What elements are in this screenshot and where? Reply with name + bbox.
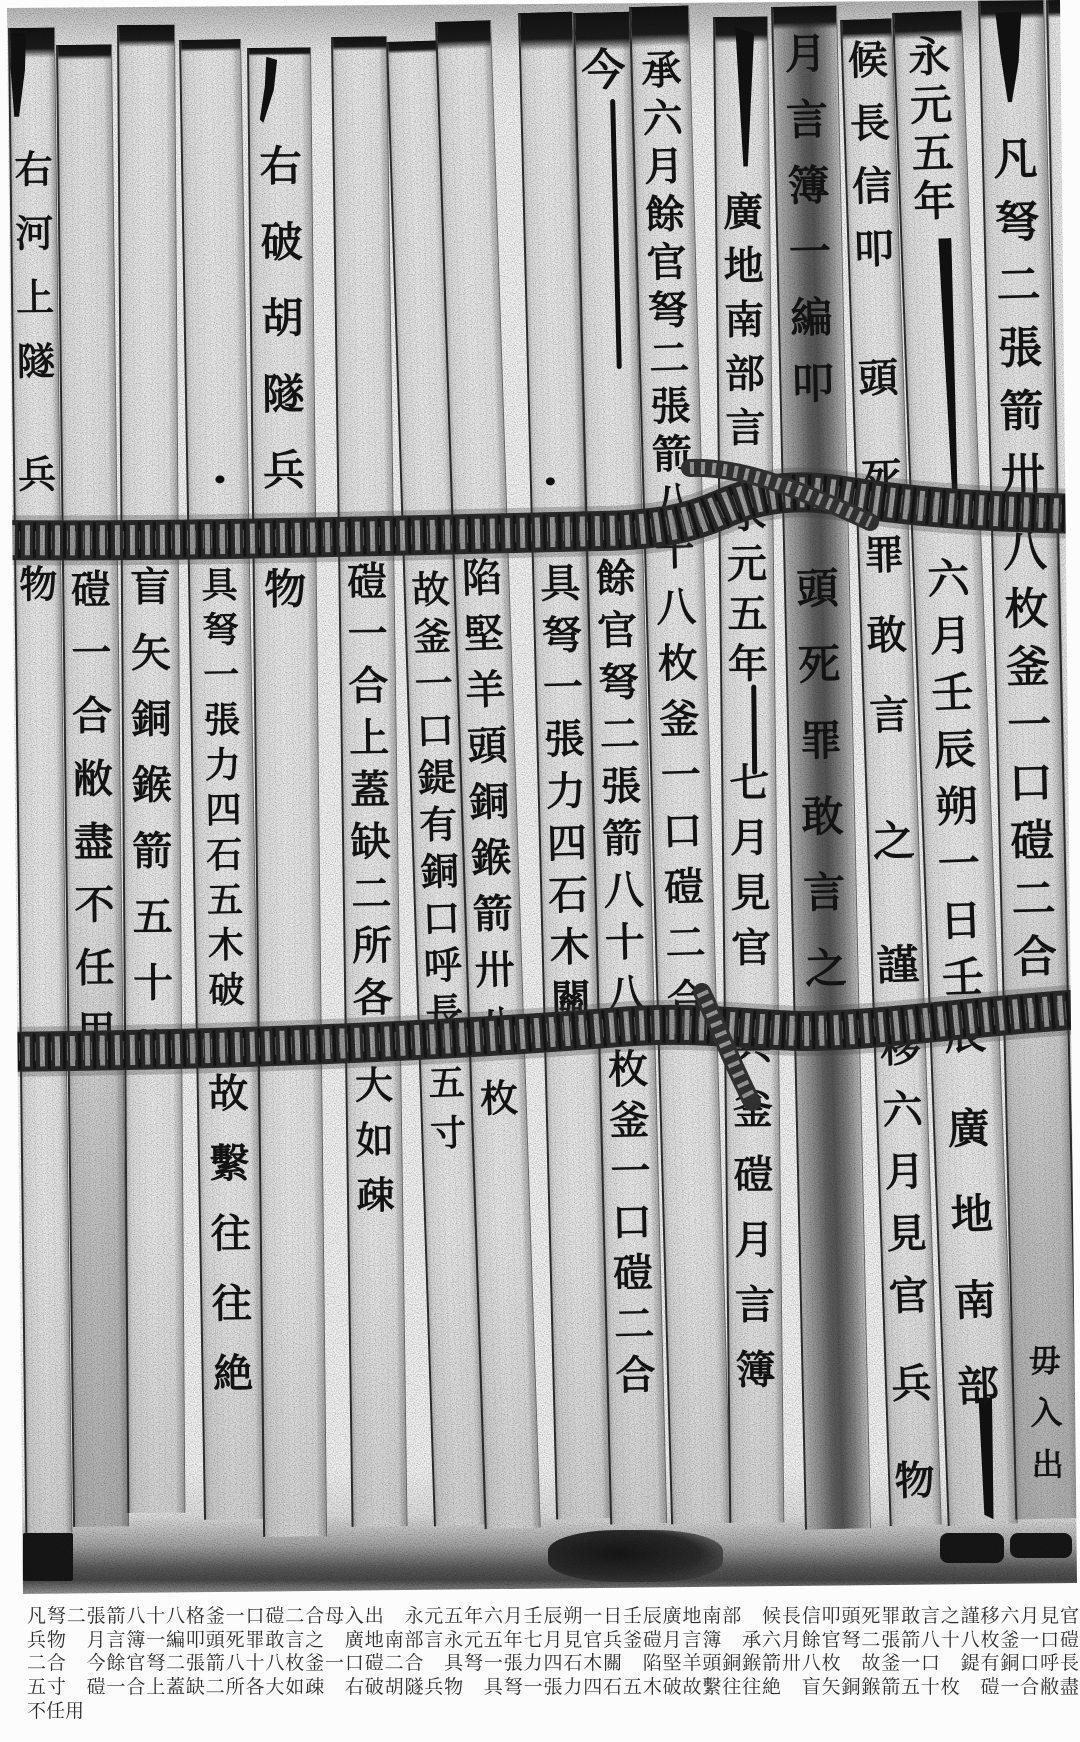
slip-inscription: 移六月見官 <box>877 1017 931 1328</box>
slip-inscription: 之謹 <box>869 779 923 1028</box>
ink-stroke-mark <box>733 27 757 167</box>
slip-top-shadow <box>1048 0 1062 18</box>
slip-inscription: 七月見官 <box>727 755 773 975</box>
slip-top-shadow <box>58 44 111 60</box>
slip-inscription: 磑一合敝盡不任用 <box>68 558 118 1062</box>
slip-inscription: 候長信叩 <box>845 28 897 281</box>
bamboo-slips-photo: 右河上隧 兵物 磑一合敝盡不任用 盲矢銅鍭箭五十枚 具弩一張力四石五木破 故繫往… <box>0 0 1080 1600</box>
bamboo-slip: 盲矢銅鍭箭五十枚 <box>117 25 185 1513</box>
slip-inscription: 五寸 <box>426 1058 469 1159</box>
slip-top-shadow <box>631 5 689 47</box>
slip-top-shadow <box>437 20 491 50</box>
caption-line: 二合 今餘官弩二張箭八十八枚釜一口磑二合 具弩一張力四石木關 陷堅羊頭銅鍭箭卅八… <box>27 1652 1079 1676</box>
ink-line-mark <box>610 99 622 369</box>
slip-inscription: 六月壬辰朔一日壬辰 <box>924 549 989 1063</box>
slip-inscription: 右河上隧 <box>12 137 57 393</box>
ink-stroke-mark <box>10 33 27 117</box>
slip-inscription: 大如疎 <box>353 1057 397 1223</box>
slip-end-shadow <box>940 1533 1004 1563</box>
slip-inscription: 兵物 <box>888 1335 938 1526</box>
slip-inscription: 兵物 <box>16 419 60 639</box>
slip-inscription: 永元五年 <box>724 489 770 689</box>
slip-inscription: 右破胡隧兵 <box>257 128 307 508</box>
slip-top-shadow <box>119 25 174 47</box>
slip-inscription: 兵釜磑月言簿 <box>730 1012 778 1402</box>
slip-inscription: 具弩一張力四石木關 <box>538 558 594 1027</box>
slip-inscription: 月言簿一編叩 <box>782 21 837 418</box>
slip-top-shadow <box>181 39 240 52</box>
slip-inscription: 承六月餘官弩二張箭八 <box>639 47 696 528</box>
slip-inscription: 罪敢言 <box>861 515 913 756</box>
slip-inscription: 頭死罪敢言之 <box>794 551 850 1008</box>
ink-tail-stroke <box>938 238 961 498</box>
ink-stroke-mark <box>995 12 1023 103</box>
slip-inscription: 凡弩二張箭卅 <box>990 128 1048 507</box>
slip-inscription: 廣地南部 <box>944 1085 1003 1430</box>
slip-inscription: 今 <box>579 46 629 97</box>
photo-caption: 凡弩二張箭八十八格釜一口磑二合母入出 永元五年六月壬辰朔一日壬辰廣地南部 候長信… <box>27 1605 1079 1723</box>
slip-inscription: 具弩一張力四石五木破 <box>200 563 247 1014</box>
slip-inscription: 八枚釜一口磑二合 <box>1000 522 1060 987</box>
caption-line: 五寸 磑一合上蓋缺二所各大如疎 右破胡隧兵物 具弩一張力四石五木破故繫往往絶 盲… <box>27 1676 1079 1700</box>
slip-inscription: 陷堅羊頭銅鍭箭卅八 <box>459 550 520 1055</box>
slip-top-shadow <box>333 36 386 51</box>
slip-top-shadow <box>520 12 573 51</box>
slip-inscription: 廣地南部言 <box>721 185 768 455</box>
ink-dot-mark <box>546 477 555 485</box>
caption-line: 不任用 <box>27 1700 1079 1724</box>
slip-inscription: 枚釜一口磑二合 <box>605 1043 658 1401</box>
slip-top-shadow <box>249 47 310 56</box>
slip-inscription: 毋入出 <box>1027 1334 1066 1491</box>
slip-inscription: 磑一合上蓋缺二所各 <box>345 556 395 1025</box>
slip-end-shadow <box>23 1533 73 1581</box>
ink-dot-mark <box>215 475 224 483</box>
slip-inscription: 頭死 <box>855 328 906 529</box>
caption-line: 凡弩二張箭八十八格釜一口磑二合母入出 永元五年六月壬辰朔一日壬辰廣地南部 候長信… <box>27 1605 1079 1629</box>
caption-line: 兵物 月言簿一編叩頭死罪敢言之 廣地南部言永元五年七月見官兵釜磑月言簿 承六月餘… <box>27 1629 1079 1653</box>
slip-top-shadow <box>388 40 438 54</box>
slip-inscription: 枚 <box>477 1073 520 1124</box>
slip-end-shadow <box>1010 1533 1072 1558</box>
slip-inscription: 盲矢銅鍭箭五十枚 <box>128 555 176 1083</box>
ink-stroke-mark <box>259 57 278 123</box>
slip-end-shadow <box>548 1530 723 1582</box>
slip-inscription: 十八枚釜一口磑二合 <box>652 523 710 1028</box>
slip-inscription: 故繫往往絶 <box>206 1059 256 1410</box>
slip-inscription: 餘官弩二張箭八十八 <box>593 553 649 1022</box>
slip-inscription: 永元五年 <box>905 33 958 227</box>
slip-inscription: 物 <box>262 559 309 619</box>
